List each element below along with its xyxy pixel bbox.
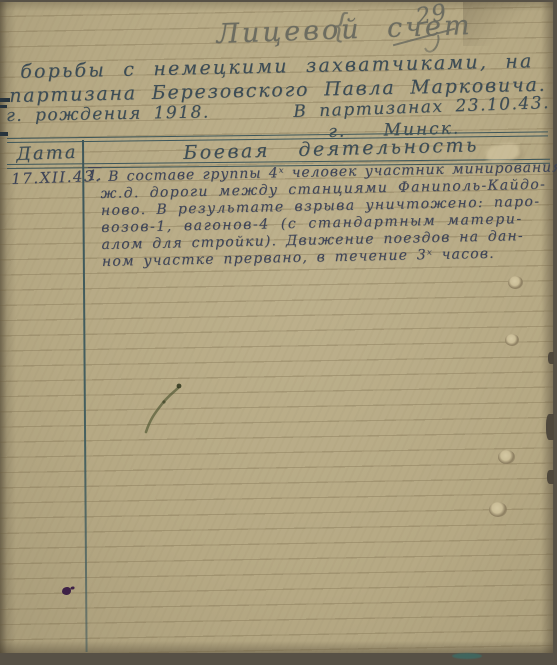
entry-text-block: В составе группы 4ˣ человек участник мин… xyxy=(100,160,552,271)
margin-mark xyxy=(0,98,10,102)
margin-mark xyxy=(0,105,7,108)
column-header-date: Дата xyxy=(16,142,78,165)
birth-year-line: г. рождения 1918. xyxy=(6,102,210,126)
wormhole xyxy=(489,502,507,517)
table-column-divider xyxy=(82,140,88,652)
ink-blot xyxy=(62,587,71,595)
edge-damage xyxy=(546,414,554,440)
ledger-scan: 29 Лицевой счет { борьбы с немецкими зах… xyxy=(0,0,557,665)
edge-damage xyxy=(547,470,554,484)
edge-teal-mark xyxy=(452,653,482,659)
wormhole xyxy=(498,450,515,464)
wormhole xyxy=(508,276,523,289)
ledger-page: 29 Лицевой счет { борьбы с немецкими зах… xyxy=(0,2,553,653)
ink-smudge xyxy=(134,374,190,436)
margin-mark xyxy=(0,132,8,136)
wormhole xyxy=(505,334,519,346)
edge-damage xyxy=(548,352,554,364)
corner-crease xyxy=(463,2,553,46)
title-brace-flourish: { xyxy=(331,5,349,46)
